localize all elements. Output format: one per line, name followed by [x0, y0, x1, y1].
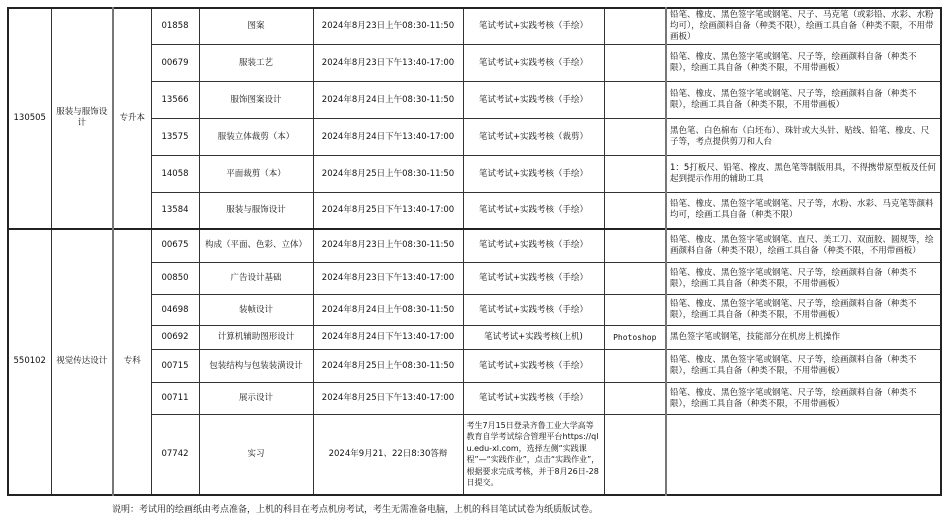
exam-mode: 笔试考试+实践考核（手绘） [463, 263, 604, 295]
table-row: 130505 服装与服饰设计 专升本 01858 图案 2024年8月23日上午… [8, 8, 941, 45]
software [604, 193, 666, 229]
course-code: 00715 [151, 350, 199, 383]
course-code: 00711 [151, 383, 199, 415]
exam-time: 2024年9月21、22日8:30答辩 [313, 415, 463, 495]
exam-mode: 笔试考试+实践考核（手绘） [463, 350, 604, 383]
exam-time: 2024年8月25日下午13:40-17:00 [313, 383, 463, 415]
exam-time: 2024年8月23日上午08:30-11:50 [313, 229, 463, 263]
course-code: 04698 [151, 295, 199, 326]
course-name: 图案 [199, 8, 313, 45]
exam-time: 2024年8月23日上午08:30-11:50 [313, 8, 463, 45]
materials-notes [666, 415, 941, 495]
table-row: 550102 视觉传达设计 专科 00675 构成（平面、色彩、立体） 2024… [8, 229, 941, 263]
exam-time: 2024年8月25日上午08:30-11:50 [313, 156, 463, 193]
materials-notes: 铅笔、橡皮、黑色签字笔或钢笔、尺子等，绘画颜料自备（种类不限），绘画工具自备（种… [666, 263, 941, 295]
exam-time: 2024年8月24日上午08:30-11:50 [313, 82, 463, 119]
course-code: 07742 [151, 415, 199, 495]
materials-notes: 铅笔、橡皮、黑色签字笔或钢笔、尺子等，绘画颜料自备（种类不限），绘画工具自备（种… [666, 295, 941, 326]
course-name: 装帧设计 [199, 295, 313, 326]
course-name: 构成（平面、色彩、立体） [199, 229, 313, 263]
course-code: 00850 [151, 263, 199, 295]
exam-mode: 笔试考试+实践考核（手绘） [463, 8, 604, 45]
exam-time: 2024年8月23日下午13:40-17:00 [313, 263, 463, 295]
major-code: 130505 [8, 8, 51, 229]
course-code: 00692 [151, 326, 199, 350]
materials-notes: 黑色签字笔或钢笔，技能部分在机房上机操作 [666, 326, 941, 350]
course-code: 13575 [151, 119, 199, 156]
exam-mode: 笔试考试+实践考核（手绘） [463, 229, 604, 263]
course-name: 计算机辅助图形设计 [199, 326, 313, 350]
course-code: 00675 [151, 229, 199, 263]
course-code: 01858 [151, 8, 199, 45]
course-code: 13566 [151, 82, 199, 119]
course-name: 广告设计基础 [199, 263, 313, 295]
exam-mode: 笔试考试+实践考核（手绘） [463, 82, 604, 119]
materials-notes: 铅笔、橡皮、黑色签字笔或钢笔、尺子等，绘画颜料自备（种类不限），绘画工具自备（种… [666, 45, 941, 82]
course-name: 平面裁剪（本） [199, 156, 313, 193]
major-name: 服装与服饰设计 [51, 8, 113, 229]
course-name: 包装结构与包装装潢设计 [199, 350, 313, 383]
exam-time: 2024年8月24日下午13:40-17:00 [313, 119, 463, 156]
software [604, 229, 666, 263]
software [604, 415, 666, 495]
major-name: 视觉传达设计 [51, 229, 113, 495]
exam-mode: 笔试考试+实践考核（手绘） [463, 45, 604, 82]
footer-note: 说明：考试用的绘画纸由考点准备，上机的科目在考点机房考试，考生无需准备电脑，上机… [112, 502, 598, 515]
materials-notes: 铅笔、橡皮、黑色签字笔或钢笔、尺子等，绘画颜料自备（种类不限），绘画工具自备（种… [666, 350, 941, 383]
software [604, 45, 666, 82]
course-name: 展示设计 [199, 383, 313, 415]
course-code: 00679 [151, 45, 199, 82]
major-code: 550102 [8, 229, 51, 495]
exam-time: 2024年8月25日上午08:30-11:50 [313, 350, 463, 383]
course-name: 实习 [199, 415, 313, 495]
course-name: 服装立体裁剪（本） [199, 119, 313, 156]
software [604, 156, 666, 193]
course-code: 14058 [151, 156, 199, 193]
software [604, 119, 666, 156]
software [604, 8, 666, 45]
materials-notes: 铅笔、橡皮、黑色签字笔或钢笔、尺子等，水粉、水彩、马克笔等颜料均可，绘画工具自备… [666, 193, 941, 229]
exam-time: 2024年8月25日下午13:40-17:00 [313, 193, 463, 229]
course-name: 服装工艺 [199, 45, 313, 82]
exam-mode: 笔试考试+实践考核（手绘） [463, 383, 604, 415]
materials-notes: 黑色笔、白色棉布（白坯布）、珠针或大头针、贴线、铅笔、橡皮、尺子等，考点提供剪刀… [666, 119, 941, 156]
course-code: 13584 [151, 193, 199, 229]
software: Photoshop [604, 326, 666, 350]
exam-mode: 笔试考试+实践考核（手绘） [463, 156, 604, 193]
materials-notes: 1：5打板尺、铅笔、橡皮、黑色笔等制版用具，不得携带原型板及任何起到提示作用的辅… [666, 156, 941, 193]
materials-notes: 铅笔、橡皮、黑色签字笔或钢笔、直尺、美工刀、双面胶、圆规等，绘画颜料自备（种类不… [666, 229, 941, 263]
software [604, 383, 666, 415]
exam-mode: 笔试考试+实践考核（裁剪） [463, 119, 604, 156]
level: 专科 [113, 229, 151, 495]
exam-mode: 考生7月15日登录齐鲁工业大学高等教育自学考试综合管理平台https://qlu… [463, 415, 604, 495]
software [604, 82, 666, 119]
materials-notes: 铅笔、橡皮、黑色签字笔或钢笔、尺子等，绘画颜料自备（种类不限），绘画工具自备（种… [666, 383, 941, 415]
materials-notes: 铅笔、橡皮、黑色签字笔或钢笔、尺子等，绘画颜料自备（种类不限），绘画工具自备（种… [666, 82, 941, 119]
software [604, 350, 666, 383]
course-name: 服装与服饰设计 [199, 193, 313, 229]
level: 专升本 [113, 8, 151, 229]
exam-mode: 笔试考试+实践考核（手绘） [463, 193, 604, 229]
exam-time: 2024年8月23日下午13:40-17:00 [313, 45, 463, 82]
software [604, 263, 666, 295]
exam-time: 2024年8月24日下午13:40-17:00 [313, 326, 463, 350]
exam-time: 2024年8月24日上午08:30-11:50 [313, 295, 463, 326]
exam-schedule-table: 130505 服装与服饰设计 专升本 01858 图案 2024年8月23日上午… [7, 7, 942, 496]
exam-mode: 笔试考试+实践考核(上机) [463, 326, 604, 350]
exam-mode: 笔试考试+实践考核（手绘） [463, 295, 604, 326]
course-name: 服饰图案设计 [199, 82, 313, 119]
materials-notes: 铅笔、橡皮、黑色签字笔或钢笔、尺子、马克笔（或彩铅、水彩、水粉均可），绘画颜料自… [666, 8, 941, 45]
software [604, 295, 666, 326]
